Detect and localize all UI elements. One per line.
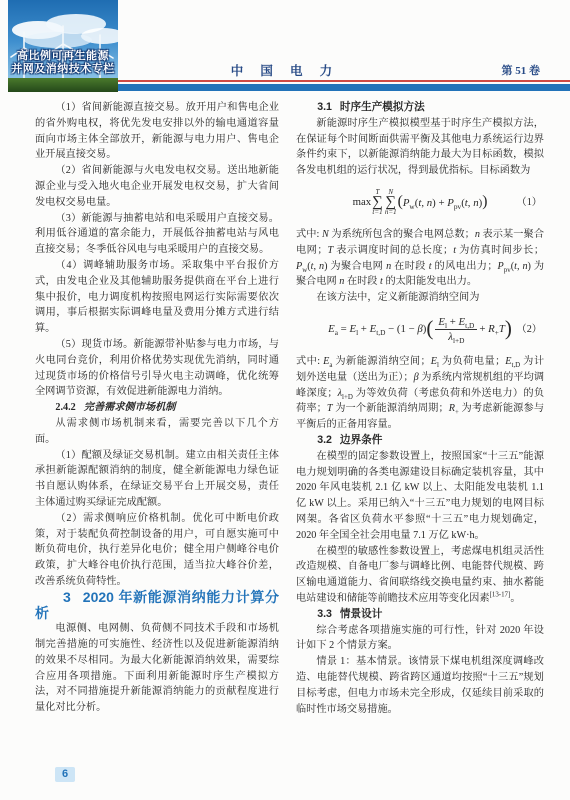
- fraction: El + Et,D λl+D: [435, 316, 477, 344]
- section-3-paragraph: 电源侧、电网侧、负荷侧不同技术手段和市场机制完善措施的可实施性、经济性以及促进新…: [35, 621, 279, 716]
- column-banner: 高比例可再生能源 并网及消纳技术专栏: [8, 0, 118, 92]
- paragraph-market-4: （4）调峰辅助服务市场。采取集中平台报价方式，由发电企业及其他辅助服务提供商在平…: [35, 258, 279, 337]
- paragraph-market-1: （1）省间新能源直接交易。放开用户和售电企业的省外购电权，将优先发电安排以外的输…: [35, 100, 279, 163]
- equation-2-number: （2）: [517, 322, 542, 338]
- banner-title-line1: 高比例可再生能源: [8, 50, 118, 63]
- equation-2-description: 式中: Ea 为新能源消纳空间；El 为负荷电量；Et,D 为计划外送电量（送出…: [296, 354, 544, 433]
- subsection-242-heading: 2.4.2完善需求侧市场机制: [35, 400, 279, 416]
- header-rule-blue: [115, 84, 570, 91]
- big-left-paren: (: [426, 321, 433, 337]
- paragraph-market-3: （3）新能源与抽蓄电站和电采暖用户直接交易。利用低谷通道的富余能力，开展低谷抽蓄…: [35, 211, 279, 258]
- subsection-242-intro: 从需求侧市场机制来看，需要完善以下几个方面。: [35, 416, 279, 448]
- paragraph-market-2: （2）省间新能源与火电发电权交易。送出地新能源企业与受入地火电企业开展发电权交易…: [35, 163, 279, 210]
- paragraph-market-5: （5）现货市场。新能源带补贴参与电力市场，与火电同台竞价，利用价格优势实现优先消…: [35, 337, 279, 400]
- page-number: 6: [55, 767, 75, 782]
- equation-1-body: max T ∑ t=1 N ∑ n=1 (Pw(t, n) + Ppv(t, n…: [353, 189, 488, 216]
- subsection-31-heading: 3.1时序生产模拟方法: [296, 100, 544, 116]
- subsection-32-number: 3.2: [317, 434, 332, 446]
- subsection-31-title: 时序生产模拟方法: [340, 101, 425, 113]
- subsection-32-heading: 3.2边界条件: [296, 433, 544, 449]
- section-3-heading: 32020 年新能源消纳能力计算分析: [35, 590, 279, 622]
- section-3-number: 3: [63, 589, 71, 605]
- subsection-32-title: 边界条件: [340, 434, 382, 446]
- equation-1-prefix: max: [353, 195, 372, 211]
- equation-2-intro: 在该方法中，定义新能源消纳空间为: [296, 290, 544, 306]
- journal-page: 高比例可再生能源 并网及消纳技术专栏 中 国 电 力 第 51 卷 （1）省间新…: [0, 0, 570, 800]
- subsection-33-paragraph-1: 综合考虑各项措施实施的可行性，针对 2020 年设计如下 2 个情景方案。: [296, 623, 544, 655]
- equation-2-right: + R+T: [479, 322, 505, 338]
- wind-turbines-graphic: [8, 0, 118, 92]
- section-3-title: 2020 年新能源消纳能力计算分析: [35, 589, 279, 621]
- equation-1-description: 式中: N 为系统所包含的聚合电网总数；n 表示某一聚合电网；T 表示调度时间的…: [296, 227, 544, 290]
- sum-lower-limit: n=1: [385, 209, 397, 216]
- volume-number: 第 51 卷: [502, 62, 541, 78]
- equation-1-number: （1）: [517, 195, 542, 211]
- subsection-33-title: 情景设计: [340, 608, 382, 620]
- equation-2: Ea = El + Et,D − (1 − β) ( El + Et,D λl+…: [296, 313, 544, 347]
- demand-item-1: （1）配额及绿证交易机制。建立由相关责任主体承担新能源配额消纳的制度，健全新能源…: [35, 448, 279, 511]
- subsection-32-paragraph-1: 在模型的固定参数设置上，按照国家“十三五”能源电力规划明确的各类电源建设目标确定…: [296, 449, 544, 544]
- fraction-numerator: El + Et,D: [435, 316, 477, 330]
- equation-2-body: Ea = El + Et,D − (1 − β) ( El + Et,D λl+…: [328, 316, 512, 344]
- fraction-denominator: λl+D: [448, 330, 464, 343]
- header-rule-red: [115, 80, 570, 82]
- subsection-242-title: 完善需求侧市场机制: [84, 402, 176, 413]
- equation-1: max T ∑ t=1 N ∑ n=1 (Pw(t, n) + Ppv(t, n…: [296, 186, 544, 220]
- left-column: （1）省间新能源直接交易。放开用户和售电企业的省外购电权，将优先发电安排以外的输…: [35, 100, 279, 716]
- subsection-32-paragraph-2: 在模型的敏感性参数设置上，考虑煤电机组灵活性改造规模、自备电厂参与调峰比例、电能…: [296, 544, 544, 607]
- equation-1-expression: (Pw(t, n) + Ppv(t, n)): [398, 194, 488, 212]
- right-column: 3.1时序生产模拟方法 新能源时序生产模拟模型基于时序生产模拟方法，在保证每个时…: [296, 100, 544, 717]
- subsection-31-paragraph: 新能源时序生产模拟模型基于时序生产模拟方法，在保证每个时间断面供需平衡及其他电力…: [296, 116, 544, 179]
- column-banner-title: 高比例可再生能源 并网及消纳技术专栏: [8, 50, 118, 76]
- demand-item-2: （2）需求侧响应价格机制。优化可中断电价政策，对于装配负荷控制设备的用户，可自愿…: [35, 511, 279, 590]
- equation-2-left: Ea = El + Et,D − (1 − β): [328, 322, 426, 338]
- sum-lower-limit: t=1: [372, 209, 382, 216]
- sum-operator: N ∑ n=1: [385, 189, 397, 216]
- banner-title-line2: 并网及消纳技术专栏: [8, 63, 118, 76]
- big-right-paren: ): [505, 321, 512, 337]
- subsection-33-number: 3.3: [317, 608, 332, 620]
- subsection-33-heading: 3.3情景设计: [296, 607, 544, 623]
- subsection-242-number: 2.4.2: [55, 402, 75, 413]
- subsection-33-paragraph-2: 情景 1：基本情景。该情景下煤电机组深度调峰改造、电能替代规模、跨省跨区通道均按…: [296, 654, 544, 717]
- sum-operator: T ∑ t=1: [372, 189, 383, 216]
- subsection-31-number: 3.1: [317, 101, 332, 113]
